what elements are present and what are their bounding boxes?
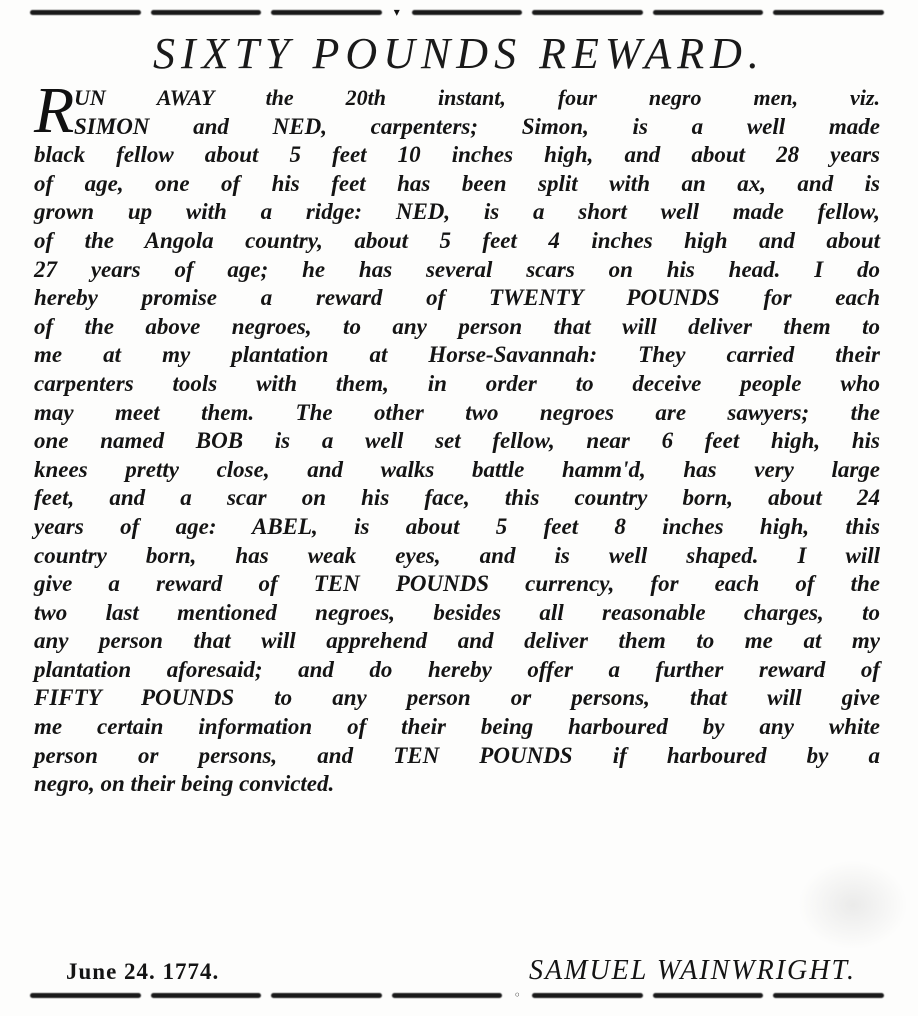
ornament-icon: ◦ <box>512 991 522 999</box>
top-ornamental-rule: ▾ <box>30 8 884 16</box>
advertisement-footer: June 24. 1774. SAMUEL WAINWRIGHT. <box>66 955 856 987</box>
body-line: person or persons, and TEN POUNDS if har… <box>34 742 880 771</box>
body-line: carpenters tools with them, in order to … <box>34 370 880 399</box>
body-line: one named BOB is a well set fellow, near… <box>34 427 880 456</box>
drop-cap: R <box>34 78 74 144</box>
body-line: black fellow about 5 feet 10 inches high… <box>34 141 880 170</box>
body-line: grown up with a ridge: NED, is a short w… <box>34 198 880 227</box>
body-line: feet, and a scar on his face, this count… <box>34 484 880 513</box>
body-line: knees pretty close, and walks battle ham… <box>34 456 880 485</box>
advertisement-title: SIXTY POUNDS REWARD. <box>0 28 918 80</box>
advertisement-body: R UN AWAY the 20th instant, four negro m… <box>34 84 880 799</box>
newspaper-clipping: ▾ SIXTY POUNDS REWARD. R UN AWAY the 20t… <box>0 0 918 1016</box>
body-line: me certain information of their being ha… <box>34 713 880 742</box>
body-line: of age, one of his feet has been split w… <box>34 170 880 199</box>
body-line: of the above negroes, to any person that… <box>34 313 880 342</box>
body-line: of the Angola country, about 5 feet 4 in… <box>34 227 880 256</box>
body-line: years of age: ABEL, is about 5 feet 8 in… <box>34 513 880 542</box>
publication-date: June 24. 1774. <box>66 959 219 985</box>
body-line: may meet them. The other two negroes are… <box>34 399 880 428</box>
signature: SAMUEL WAINWRIGHT. <box>529 955 856 987</box>
body-line: 27 years of age; he has several scars on… <box>34 256 880 285</box>
body-line: plantation aforesaid; and do hereby offe… <box>34 656 880 685</box>
body-line: any person that will apprehend and deliv… <box>34 627 880 656</box>
ornament-icon: ▾ <box>392 8 402 16</box>
body-line: UN AWAY the 20th instant, four negro men… <box>34 84 880 113</box>
paper-smudge <box>798 860 908 950</box>
body-line: SIMON and NED, carpenters; Simon, is a w… <box>34 113 880 142</box>
body-line: me at my plantation at Horse-Savannah: T… <box>34 341 880 370</box>
body-line: FIFTY POUNDS to any person or persons, t… <box>34 684 880 713</box>
body-line: negro, on their being convicted. <box>34 770 880 799</box>
body-line: hereby promise a reward of TWENTY POUNDS… <box>34 284 880 313</box>
bottom-ornamental-rule: ◦ <box>30 991 884 999</box>
body-line: give a reward of TEN POUNDS currency, fo… <box>34 570 880 599</box>
body-line: country born, has weak eyes, and is well… <box>34 542 880 571</box>
body-line: two last mentioned negroes, besides all … <box>34 599 880 628</box>
